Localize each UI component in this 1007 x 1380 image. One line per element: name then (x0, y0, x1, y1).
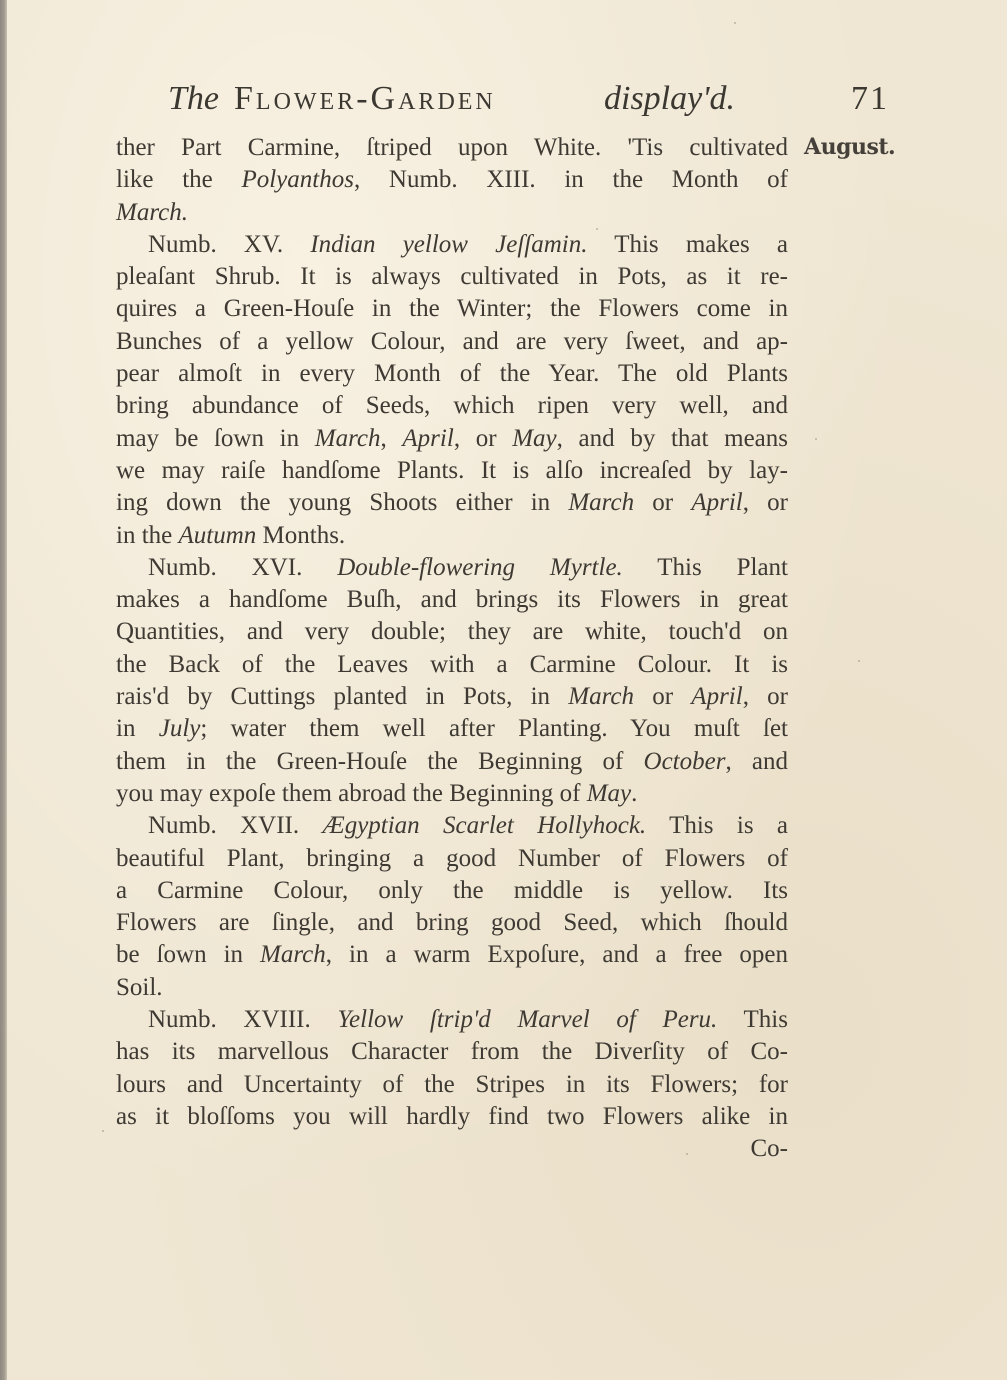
roman-text: Bunches of a yellow Colour, and are very… (116, 328, 788, 355)
roman-text: , (380, 425, 402, 452)
italic-text: Indian yellow Jeſſamin. (310, 231, 587, 258)
italic-text: May (587, 780, 631, 807)
italic-text: Yellow ſtrip'd Marvel of Peru. (337, 1006, 717, 1033)
italic-text: March (315, 425, 381, 452)
italic-text: March (260, 941, 326, 968)
roman-text: This makes a (587, 231, 788, 258)
text-line: Quantities, and very double; they are wh… (116, 616, 788, 648)
book-page: The Flower-Garden display'd. 71 August. … (0, 0, 1007, 1380)
italic-text: March (568, 489, 634, 516)
roman-text: Numb. XV. (148, 231, 310, 258)
roman-text: in (116, 715, 159, 742)
running-head-the: The (168, 80, 219, 118)
roman-text: you may expoſe them abroad the Beginning… (116, 780, 587, 807)
paper-speck (596, 228, 598, 230)
text-line: Numb. XV. Indian yellow Jeſſamin. This m… (116, 229, 788, 261)
text-line: the Back of the Leaves with a Carmine Co… (116, 649, 788, 681)
roman-text: , or (743, 683, 788, 710)
paper-speck (102, 1130, 104, 1132)
paper-speck (734, 22, 736, 24)
roman-text: or (634, 683, 691, 710)
roman-text: be ſown in (116, 941, 260, 968)
roman-text: pear almoſt in every Month of the Year. … (116, 360, 788, 387)
roman-text: pleaſant Shrub. It is always cultivated … (116, 263, 788, 290)
text-line: Numb. XVII. Ægyptian Scarlet Hollyhock. … (116, 810, 788, 842)
roman-text: lours and Uncertainty of the Stripes in … (116, 1071, 788, 1098)
roman-text: , Numb. XIII. in the Month of (354, 166, 788, 193)
roman-text: may be ſown in (116, 425, 315, 452)
italic-text: April (691, 489, 742, 516)
roman-text: , in a warm Expoſure, and a free open (326, 941, 788, 968)
roman-text: quires a Green-Houſe in the Winter; the … (116, 295, 788, 322)
roman-text: the Back of the Leaves with a Carmine Co… (116, 651, 788, 678)
text-line: pleaſant Shrub. It is always cultivated … (116, 261, 788, 293)
italic-text: April (691, 683, 742, 710)
marginal-note: August. (804, 134, 895, 160)
italic-text: March (568, 683, 634, 710)
roman-text: , and by that means (557, 425, 788, 452)
text-line: a Carmine Colour, only the middle is yel… (116, 875, 788, 907)
roman-text: Numb. XVIII. (148, 1006, 337, 1033)
text-line: Soil. (116, 972, 788, 1004)
italic-text: March. (116, 199, 188, 226)
roman-text: Soil. (116, 974, 163, 1001)
text-line: like the Polyanthos, Numb. XIII. in the … (116, 164, 788, 196)
roman-text: This (717, 1006, 788, 1033)
text-line: quires a Green-Houſe in the Winter; the … (116, 293, 788, 325)
text-line: be ſown in March, in a warm Expoſure, an… (116, 939, 788, 971)
roman-text: or (634, 489, 691, 516)
page-edge-shadow (0, 0, 7, 1380)
text-line: as it bloſſoms you will hardly find two … (116, 1101, 788, 1133)
roman-text: like the (116, 166, 241, 193)
text-line: ther Part Carmine, ſtriped upon White. '… (116, 132, 788, 164)
running-head: The Flower-Garden display'd. 71 (168, 80, 908, 130)
text-line: Numb. XVIII. Yellow ſtrip'd Marvel of Pe… (116, 1004, 788, 1036)
roman-text: , or (743, 489, 788, 516)
roman-text: ing down the young Shoots either in (116, 489, 568, 516)
italic-text: Ægyptian Scarlet Hollyhock. (322, 812, 646, 839)
roman-text: has its marvellous Character from the Di… (116, 1038, 788, 1065)
roman-text: , and (725, 748, 788, 775)
catchword: Co- (116, 1133, 788, 1165)
text-line: ing down the young Shoots either in Marc… (116, 487, 788, 519)
text-line: we may raiſe handſome Plants. It is alſo… (116, 455, 788, 487)
italic-text: Double-flowering Myrtle. (337, 554, 623, 581)
text-line: in the Autumn Months. (116, 520, 788, 552)
text-line: may be ſown in March, April, or May, and… (116, 423, 788, 455)
text-line: Bunches of a yellow Colour, and are very… (116, 326, 788, 358)
text-line: you may expoſe them abroad the Beginning… (116, 778, 788, 810)
roman-text: This is a (646, 812, 788, 839)
text-line: beautiful Plant, bringing a good Number … (116, 843, 788, 875)
text-line: Flowers are ſingle, and bring good Seed,… (116, 907, 788, 939)
italic-text: April (402, 425, 453, 452)
roman-text: ther Part Carmine, ſtriped upon White. '… (116, 134, 788, 161)
roman-text: them in the Green-Houſe the Beginning of (116, 748, 644, 775)
text-line: makes a handſome Buſh, and brings its Fl… (116, 584, 788, 616)
roman-text: we may raiſe handſome Plants. It is alſo… (116, 457, 788, 484)
text-line: in July; water them well after Planting.… (116, 713, 788, 745)
paper-speck (686, 1153, 688, 1155)
text-line: bring abundance of Seeds, which ripen ve… (116, 390, 788, 422)
roman-text: Numb. XVII. (148, 812, 322, 839)
text-line: lours and Uncertainty of the Stripes in … (116, 1069, 788, 1101)
running-head-displayd: display'd. (604, 80, 735, 118)
text-line: rais'd by Cuttings planted in Pots, in M… (116, 681, 788, 713)
italic-text: Autumn (179, 522, 257, 549)
roman-text: . (631, 780, 637, 807)
roman-text: beautiful Plant, bringing a good Number … (116, 845, 788, 872)
roman-text: This Plant (623, 554, 788, 581)
roman-text: Flowers are ſingle, and bring good Seed,… (116, 909, 788, 936)
text-line: March. (116, 197, 788, 229)
italic-text: Polyanthos (241, 166, 354, 193)
text-line: has its marvellous Character from the Di… (116, 1036, 788, 1068)
text-line: them in the Green-Houſe the Beginning of… (116, 746, 788, 778)
body-text: ther Part Carmine, ſtriped upon White. '… (116, 132, 788, 1166)
italic-text: July (159, 715, 201, 742)
roman-text: , or (454, 425, 512, 452)
roman-text: bring abundance of Seeds, which ripen ve… (116, 392, 788, 419)
paper-speck (815, 438, 817, 440)
roman-text: Months. (256, 522, 345, 549)
roman-text: a Carmine Colour, only the middle is yel… (116, 877, 788, 904)
roman-text: Quantities, and very double; they are wh… (116, 618, 788, 645)
roman-text: Numb. XVI. (148, 554, 337, 581)
text-line: pear almoſt in every Month of the Year. … (116, 358, 788, 390)
roman-text: makes a handſome Buſh, and brings its Fl… (116, 586, 788, 613)
paper-speck (858, 660, 860, 662)
italic-text: October (644, 748, 726, 775)
roman-text: as it bloſſoms you will hardly find two … (116, 1103, 788, 1130)
page-number: 71 (851, 80, 889, 118)
roman-text: rais'd by Cuttings planted in Pots, in (116, 683, 568, 710)
roman-text: in the (116, 522, 179, 549)
text-line: Numb. XVI. Double-flowering Myrtle. This… (116, 552, 788, 584)
italic-text: May (512, 425, 556, 452)
roman-text: ; water them well after Planting. You mu… (200, 715, 788, 742)
running-head-title: Flower-Garden (234, 80, 496, 118)
